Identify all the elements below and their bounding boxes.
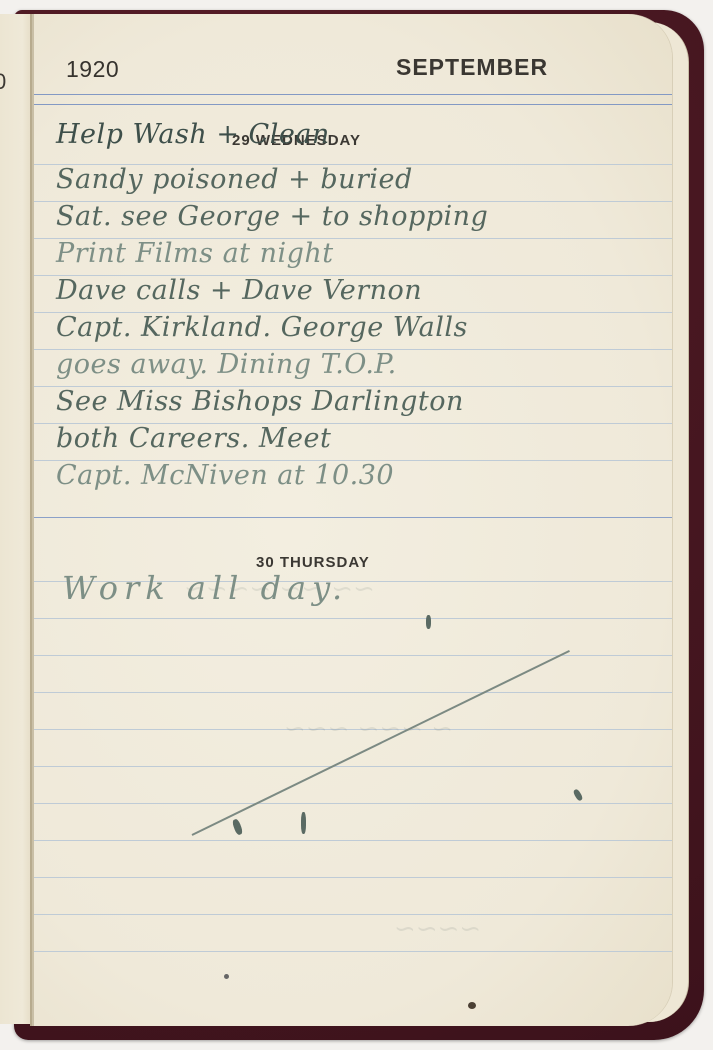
handwritten-line: Print Films at night xyxy=(56,238,334,269)
page-header: 1920 SEPTEMBER xyxy=(34,14,672,104)
page-month: SEPTEMBER xyxy=(396,54,548,81)
pencil-strike-line xyxy=(192,650,570,836)
opposite-page-year-fragment: 0 xyxy=(0,69,6,95)
ruled-line xyxy=(34,692,672,693)
ink-mark xyxy=(231,818,243,835)
handwritten-line: goes away. Dining T.O.P. xyxy=(56,349,397,380)
ruled-line xyxy=(34,840,672,841)
paper-spot xyxy=(468,1002,476,1009)
header-rule-top xyxy=(34,94,672,95)
handwritten-line: Capt. Kirkland. George Walls xyxy=(56,312,468,343)
ink-mark xyxy=(426,615,431,629)
page-year: 1920 xyxy=(66,56,119,83)
handwritten-line: Dave calls + Dave Vernon xyxy=(56,275,422,306)
handwritten-line: Capt. McNiven at 10.30 xyxy=(56,460,394,491)
paper-spot xyxy=(224,974,229,979)
handwritten-line: Sat. see George + to shopping xyxy=(56,201,488,232)
day-divider-rule xyxy=(34,517,672,518)
handwritten-line: Help Wash + Clean xyxy=(56,119,330,150)
handwritten-line: See Miss Bishops Darlington xyxy=(56,386,464,417)
diary-page: 1920 SEPTEMBER ~~ ~~ ~~~~ ~ ~~~ ~~~ ~~~~… xyxy=(32,14,672,1026)
opposite-page: 0 xyxy=(0,14,32,1024)
ruled-line xyxy=(34,951,672,952)
ruled-line xyxy=(34,618,672,619)
bleed-through-text: ~~~~ xyxy=(394,914,481,944)
ruled-line xyxy=(34,877,672,878)
ruled-line xyxy=(34,766,672,767)
handwritten-line: Sandy poisoned + buried xyxy=(56,164,413,195)
handwritten-line: Work all day. xyxy=(62,569,348,607)
handwritten-line: both Careers. Meet xyxy=(56,423,331,454)
ink-mark xyxy=(301,812,306,834)
ink-mark xyxy=(572,788,583,801)
header-rule-bottom xyxy=(34,104,672,105)
ruled-line xyxy=(34,803,672,804)
ruled-line xyxy=(34,655,672,656)
ruled-line xyxy=(34,914,672,915)
